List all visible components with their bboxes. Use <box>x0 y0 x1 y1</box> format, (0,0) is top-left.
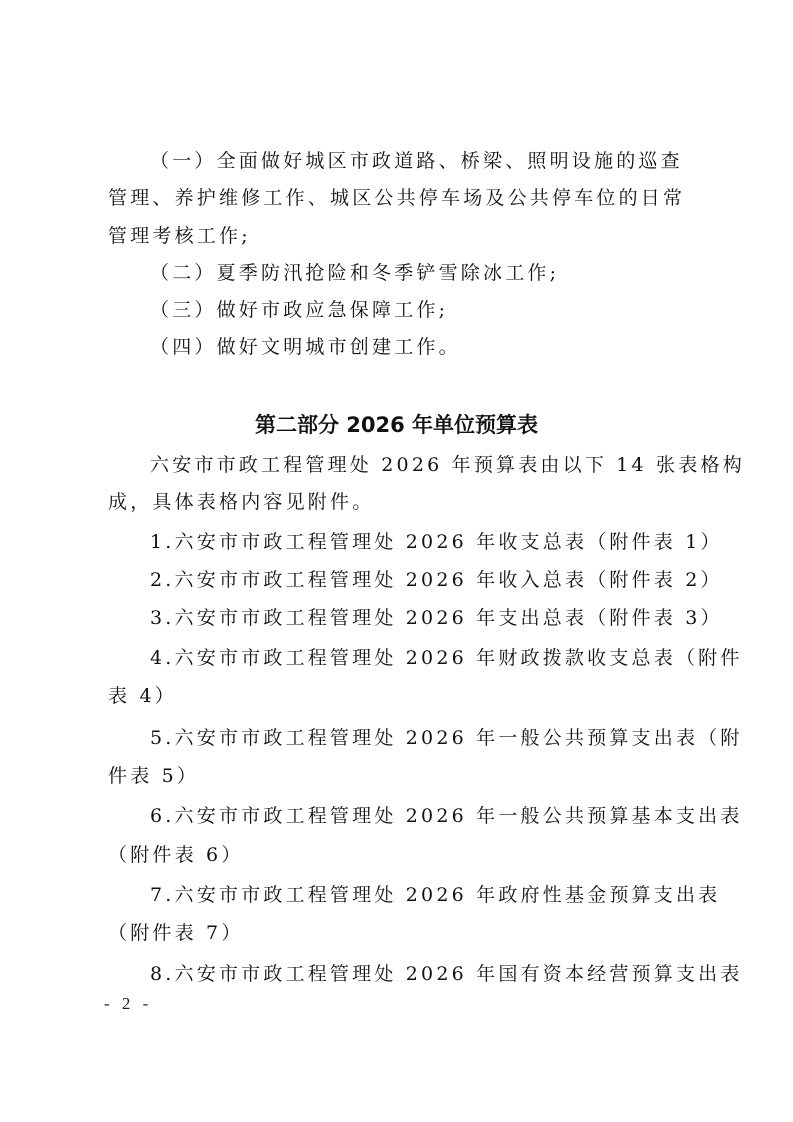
table-item-4-line-2: 表 4） <box>108 684 684 708</box>
item-4: （四）做好文明城市创建工作。 <box>150 335 684 359</box>
item-1-line-2: 管理、养护维修工作、城区公共停车场及公共停车位的日常 <box>108 186 684 210</box>
document-page: （一）全面做好城区市政道路、桥梁、照明设施的巡查 管理、养护维修工作、城区公共停… <box>0 0 793 1122</box>
table-item-6-line-1: 6.六安市市政工程管理处 2026 年一般公共预算基本支出表 <box>150 804 684 828</box>
table-item-8-line-1: 8.六安市市政工程管理处 2026 年国有资本经营预算支出表 <box>150 962 684 986</box>
table-item-4-line-1: 4.六安市市政工程管理处 2026 年财政拨款收支总表（附件 <box>150 646 684 670</box>
table-item-3: 3.六安市市政工程管理处 2026 年支出总表（附件表 3） <box>150 606 684 630</box>
table-item-7-line-2: （附件表 7） <box>108 921 684 945</box>
item-3: （三）做好市政应急保障工作; <box>150 298 684 322</box>
page-number: - 2 - <box>104 994 152 1014</box>
intro-line-1: 六安市市政工程管理处 2026 年预算表由以下 14 张表格构 <box>150 453 684 477</box>
table-item-5-line-1: 5.六安市市政工程管理处 2026 年一般公共预算支出表（附 <box>150 726 684 750</box>
section-heading: 第二部分 2026 年单位预算表 <box>0 411 793 439</box>
table-item-7-line-1: 7.六安市市政工程管理处 2026 年政府性基金预算支出表 <box>150 883 684 907</box>
table-item-2: 2.六安市市政工程管理处 2026 年收入总表（附件表 2） <box>150 568 684 592</box>
table-item-6-line-2: （附件表 6） <box>108 843 684 867</box>
table-item-1: 1.六安市市政工程管理处 2026 年收支总表（附件表 1） <box>150 530 684 554</box>
item-2: （二）夏季防汛抢险和冬季铲雪除冰工作; <box>150 261 684 285</box>
item-1-line-1: （一）全面做好城区市政道路、桥梁、照明设施的巡查 <box>150 149 684 173</box>
table-item-5-line-2: 件表 5） <box>108 764 684 788</box>
item-1-line-3: 管理考核工作; <box>108 224 684 248</box>
intro-line-2: 成，具体表格内容见附件。 <box>108 490 684 514</box>
